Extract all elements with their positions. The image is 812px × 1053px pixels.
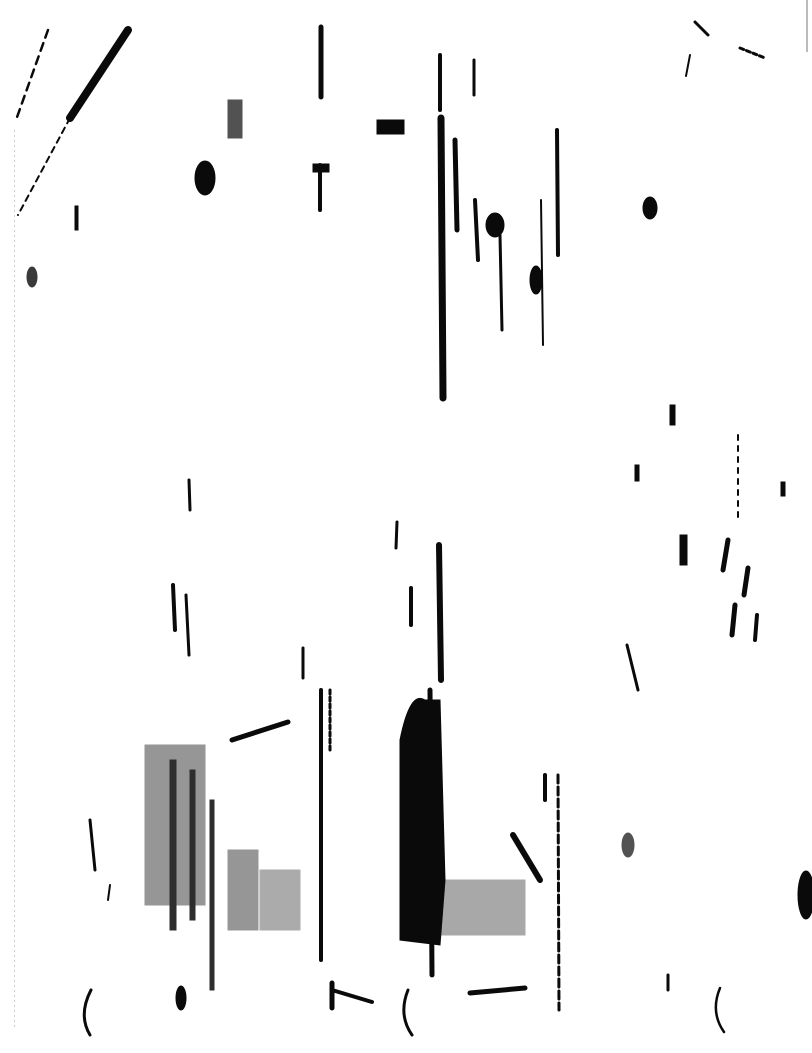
scanned-image: [0, 0, 812, 1053]
